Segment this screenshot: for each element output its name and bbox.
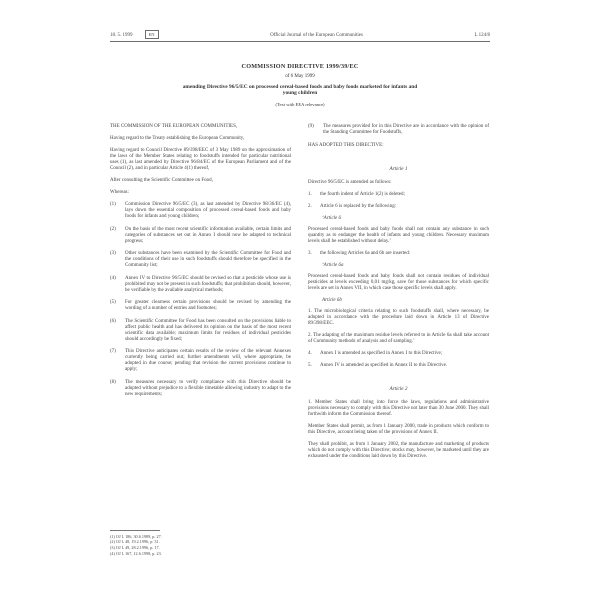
recital-text: For greater clearness certain provisions… xyxy=(125,300,291,312)
article-1-heading: Article 1 xyxy=(308,166,489,172)
recital-text: The Scientific Committee for Food has be… xyxy=(125,319,291,343)
footnote-1: (1) OJ L 186, 30.6.1989, p. 27. xyxy=(110,534,291,539)
journal-page-ref: L 124/8 xyxy=(474,33,490,39)
quoted-article-6a-heading: ‘Article 6a xyxy=(322,263,489,269)
recital-number: (4) xyxy=(110,276,120,294)
article-1-intro: Directive 96/5/EC is amended as follows: xyxy=(308,180,489,186)
journal-date: 18. 5. 1999 xyxy=(110,33,133,39)
adoption-clause: HAS ADOPTED THIS DIRECTIVE: xyxy=(308,143,489,149)
directive-subject-line-2: young children xyxy=(110,90,490,96)
recital-9: (9) The measures provided for in this Di… xyxy=(308,124,489,136)
article-2-para-1: 1. Member States shall bring into force … xyxy=(308,400,489,418)
item-number: 2. xyxy=(308,204,316,210)
amendment-item-4: 4. Annex I is amended as specified in An… xyxy=(308,351,489,357)
recital-number: (8) xyxy=(110,380,120,398)
whereas-label: Whereas: xyxy=(110,190,291,196)
footnote-block: (1) OJ L 186, 30.6.1989, p. 27. (2) OJ L… xyxy=(110,530,291,556)
recital-4: (4) Annex IV to Directive 96/5/EC should… xyxy=(110,276,291,294)
recital-number: (2) xyxy=(110,227,120,245)
item-text: Article 6 is replaced by the following: xyxy=(320,204,489,210)
amendment-item-5: 5. Annex IV is amended as specified in A… xyxy=(308,363,489,369)
recital-number: (9) xyxy=(308,124,318,136)
recital-1: (1) Commission Directive 96/5/EC (3), as… xyxy=(110,202,291,220)
item-number: 5. xyxy=(308,363,316,369)
recital-text: This Directive anticipates certain resul… xyxy=(125,349,291,373)
footnote-2: (2) OJ L 48, 19.2.1996, p. 31. xyxy=(110,539,291,544)
preamble-committee: After consulting the Scientific Committe… xyxy=(110,178,291,184)
journal-header: 18. 5. 1999 EN Official Journal of the E… xyxy=(110,30,490,42)
directive-date: of 6 May 1999 xyxy=(110,74,490,79)
recital-8: (8) The measures necessary to verify com… xyxy=(110,380,291,398)
recital-text: On the basis of the most recent scientif… xyxy=(125,227,291,245)
article-2-para-2: Member States shall permit, as from 1 Ja… xyxy=(308,424,489,436)
item-text: the fourth indent of Article 1(2) is del… xyxy=(320,192,489,198)
quoted-article-6-heading: ‘Article 6 xyxy=(322,216,489,222)
item-number: 1. xyxy=(308,192,316,198)
document-body: THE COMMISSION OF THE EUROPEAN COMMUNITI… xyxy=(110,124,490,556)
recital-number: (1) xyxy=(110,202,120,220)
recital-2: (2) On the basis of the most recent scie… xyxy=(110,227,291,245)
title-block: COMMISSION DIRECTIVE 1999/39/EC of 6 May… xyxy=(110,63,490,107)
item-text: the following Articles 6a and 6b are ins… xyxy=(320,251,489,257)
recital-number: (3) xyxy=(110,251,120,269)
recital-text: The measures necessary to verify complia… xyxy=(125,380,291,398)
amendment-item-1: 1. the fourth indent of Article 1(2) is … xyxy=(308,192,489,198)
recital-7: (7) This Directive anticipates certain r… xyxy=(110,349,291,373)
quoted-article-6b-heading: Article 6b xyxy=(322,298,489,304)
recital-text: Commission Directive 96/5/EC (3), as las… xyxy=(125,202,291,220)
article-2-para-3: They shall prohibit, as from 1 January 2… xyxy=(308,442,489,460)
journal-title: Official Journal of the European Communi… xyxy=(159,33,475,39)
item-number: 4. xyxy=(308,351,316,357)
recital-text: Other substances have been examined by t… xyxy=(125,251,291,269)
directive-title: COMMISSION DIRECTIVE 1999/39/EC xyxy=(110,63,490,70)
quoted-article-6b-para-2: 2. The adapting of the maximum residue l… xyxy=(308,333,489,345)
recital-text: The measures provided for in this Direct… xyxy=(323,124,489,136)
document-page: 18. 5. 1999 EN Official Journal of the E… xyxy=(110,0,490,556)
amendment-item-3: 3. the following Articles 6a and 6b are … xyxy=(308,251,489,257)
directive-subject: amending Directive 96/5/EC on processed … xyxy=(110,84,490,97)
quoted-article-6-text: Processed cereal-based foods and baby fo… xyxy=(308,227,489,245)
article-2-heading: Article 2 xyxy=(308,386,489,392)
preamble-commission: THE COMMISSION OF THE EUROPEAN COMMUNITI… xyxy=(110,124,291,130)
recital-6: (6) The Scientific Committee for Food ha… xyxy=(110,319,291,343)
item-text: Annex IV is amended as specified in Anne… xyxy=(320,363,489,369)
footnote-4: (4) OJ L 167, 12.6.1998, p. 23. xyxy=(110,551,291,556)
left-column: THE COMMISSION OF THE EUROPEAN COMMUNITI… xyxy=(110,124,291,556)
right-column: (9) The measures provided for in this Di… xyxy=(308,124,489,556)
quoted-article-6b-para-1: 1. The microbiological criteria relating… xyxy=(308,309,489,327)
item-number: 3. xyxy=(308,251,316,257)
footnote-3: (3) OJ L 49, 28.2.1996, p. 17. xyxy=(110,545,291,550)
recital-3: (3) Other substances have been examined … xyxy=(110,251,291,269)
recital-number: (6) xyxy=(110,319,120,343)
amendment-item-2: 2. Article 6 is replaced by the followin… xyxy=(308,204,489,210)
recital-5: (5) For greater clearness certain provis… xyxy=(110,300,291,312)
preamble-council-directive: Having regard to Council Directive 89/39… xyxy=(110,148,291,172)
recital-number: (5) xyxy=(110,300,120,312)
preamble-treaty: Having regard to the Treaty establishing… xyxy=(110,136,291,142)
language-box: EN xyxy=(145,30,159,39)
recital-text: Annex IV to Directive 96/5/EC should be … xyxy=(125,276,291,294)
eea-relevance-notice: (Text with EEA relevance) xyxy=(110,102,490,107)
recital-number: (7) xyxy=(110,349,120,373)
footnote-rule xyxy=(110,530,160,531)
item-text: Annex I is amended as specified in Annex… xyxy=(320,351,489,357)
quoted-article-6a-text: Processed cereal-based foods and baby fo… xyxy=(308,274,489,292)
